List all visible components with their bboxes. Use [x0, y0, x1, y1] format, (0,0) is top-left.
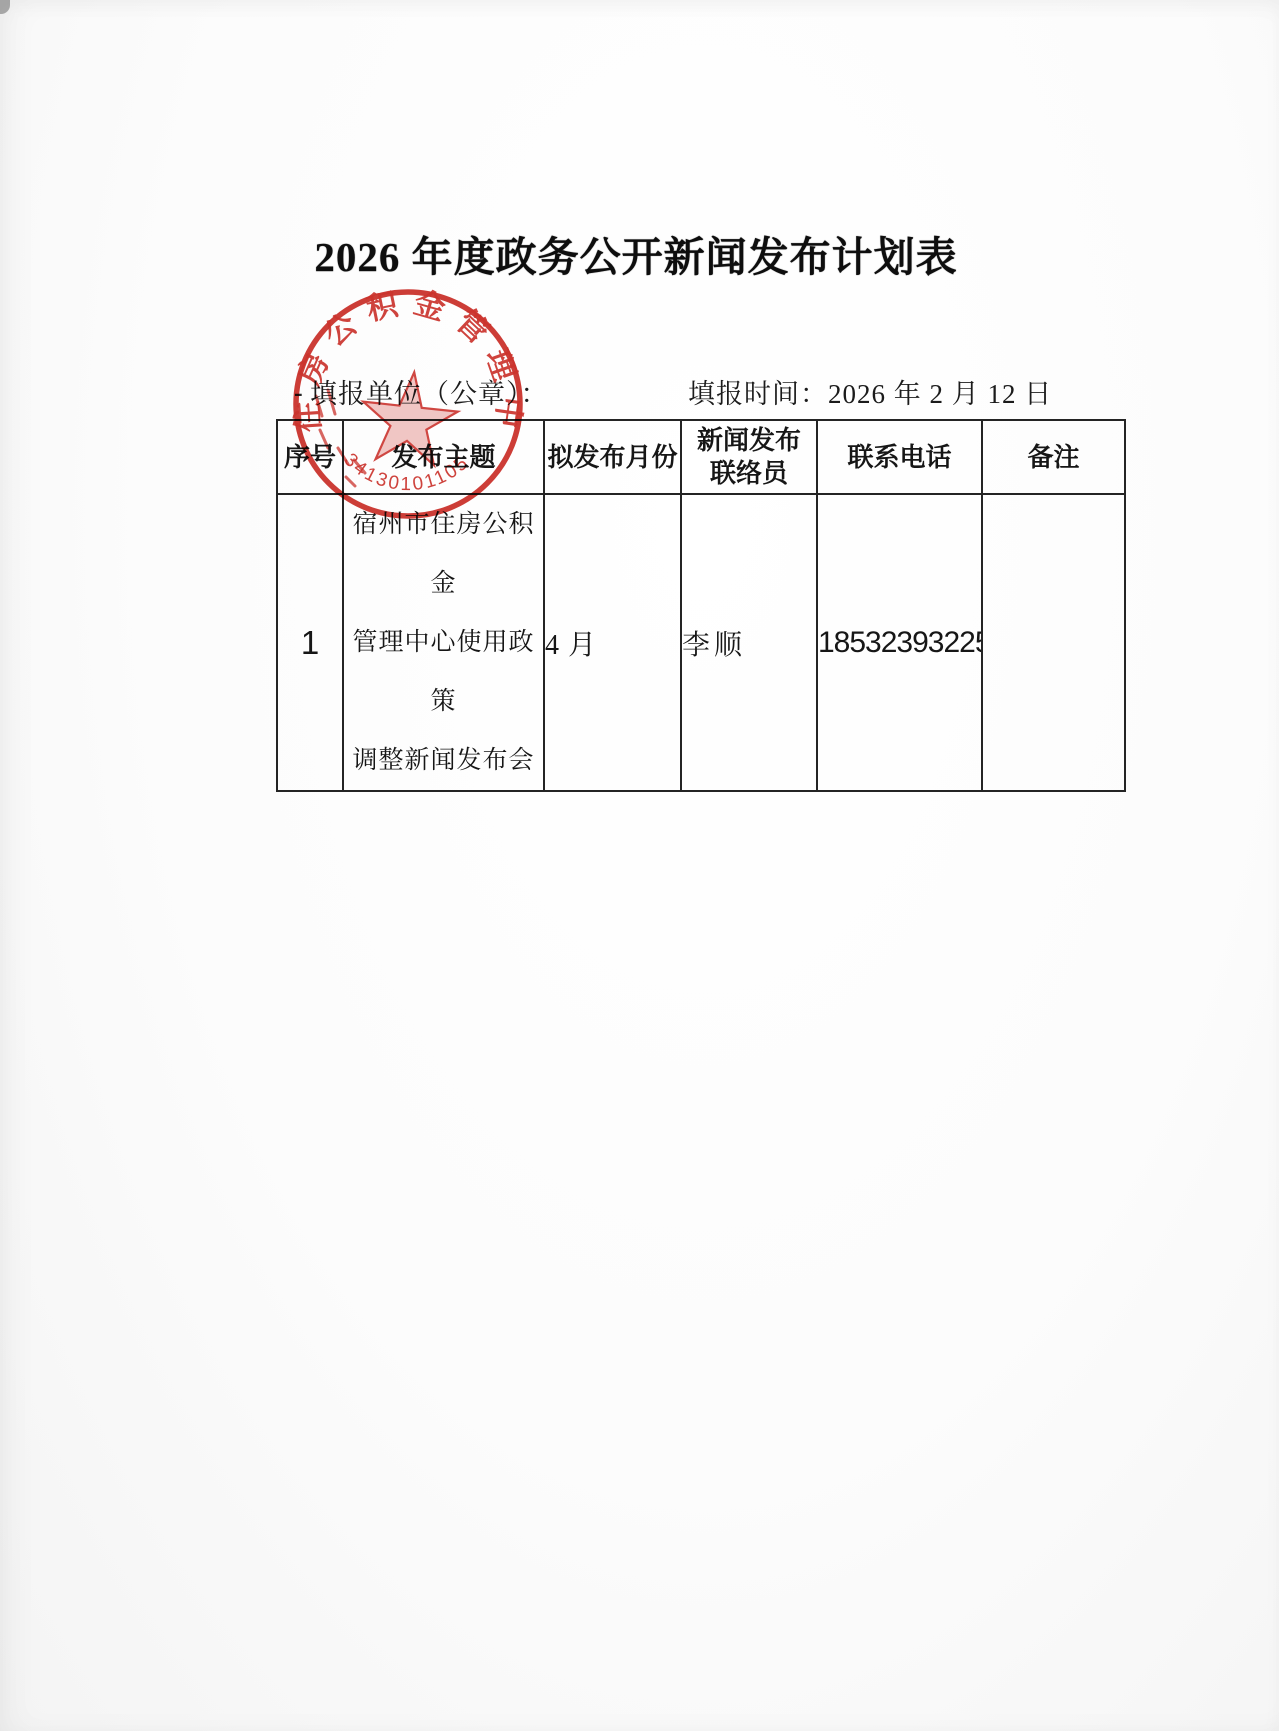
table-header-row: 序号 发布主题 拟发布月份 新闻发布 联络员 联系电话 备注: [277, 420, 1125, 494]
row-topic-cell: 宿州市住房公积金 管理中心使用政策 调整新闻发布会: [343, 494, 544, 791]
table-row: 1 宿州市住房公积金 管理中心使用政策 调整新闻发布会 4 月 李顺 18532…: [277, 494, 1125, 791]
row-note-cell: [982, 494, 1125, 791]
stray-pen-mark: -: [294, 378, 303, 408]
document-title: 2026 年度政务公开新闻发布计划表: [0, 224, 1272, 283]
row-index-cell: 1: [277, 494, 343, 791]
col-header-liaison: 新闻发布 联络员: [681, 420, 817, 494]
row-liaison-cell: 李顺: [681, 494, 817, 791]
col-header-note: 备注: [982, 420, 1125, 494]
row-month-cell: 4 月: [544, 494, 681, 791]
col-header-topic: 发布主题: [343, 420, 544, 494]
scan-artifact-speck: [0, 0, 10, 14]
reporting-unit-label: 填报单位（公章）：: [310, 372, 549, 411]
col-header-month: 拟发布月份: [544, 420, 681, 494]
news-release-plan-table: 序号 发布主题 拟发布月份 新闻发布 联络员 联系电话 备注 1 宿州市住房公积…: [276, 419, 1126, 792]
row-phone-cell: 18532393225: [817, 494, 982, 791]
scanned-document-page: 2026 年度政务公开新闻发布计划表 - 填报单位（公章）： 填报时间：2026…: [0, 0, 1279, 1731]
col-header-phone: 联系电话: [817, 420, 982, 494]
reporting-time-label: 填报时间：2026 年 2 月 12 日: [688, 372, 1052, 411]
col-header-index: 序号: [277, 420, 343, 494]
